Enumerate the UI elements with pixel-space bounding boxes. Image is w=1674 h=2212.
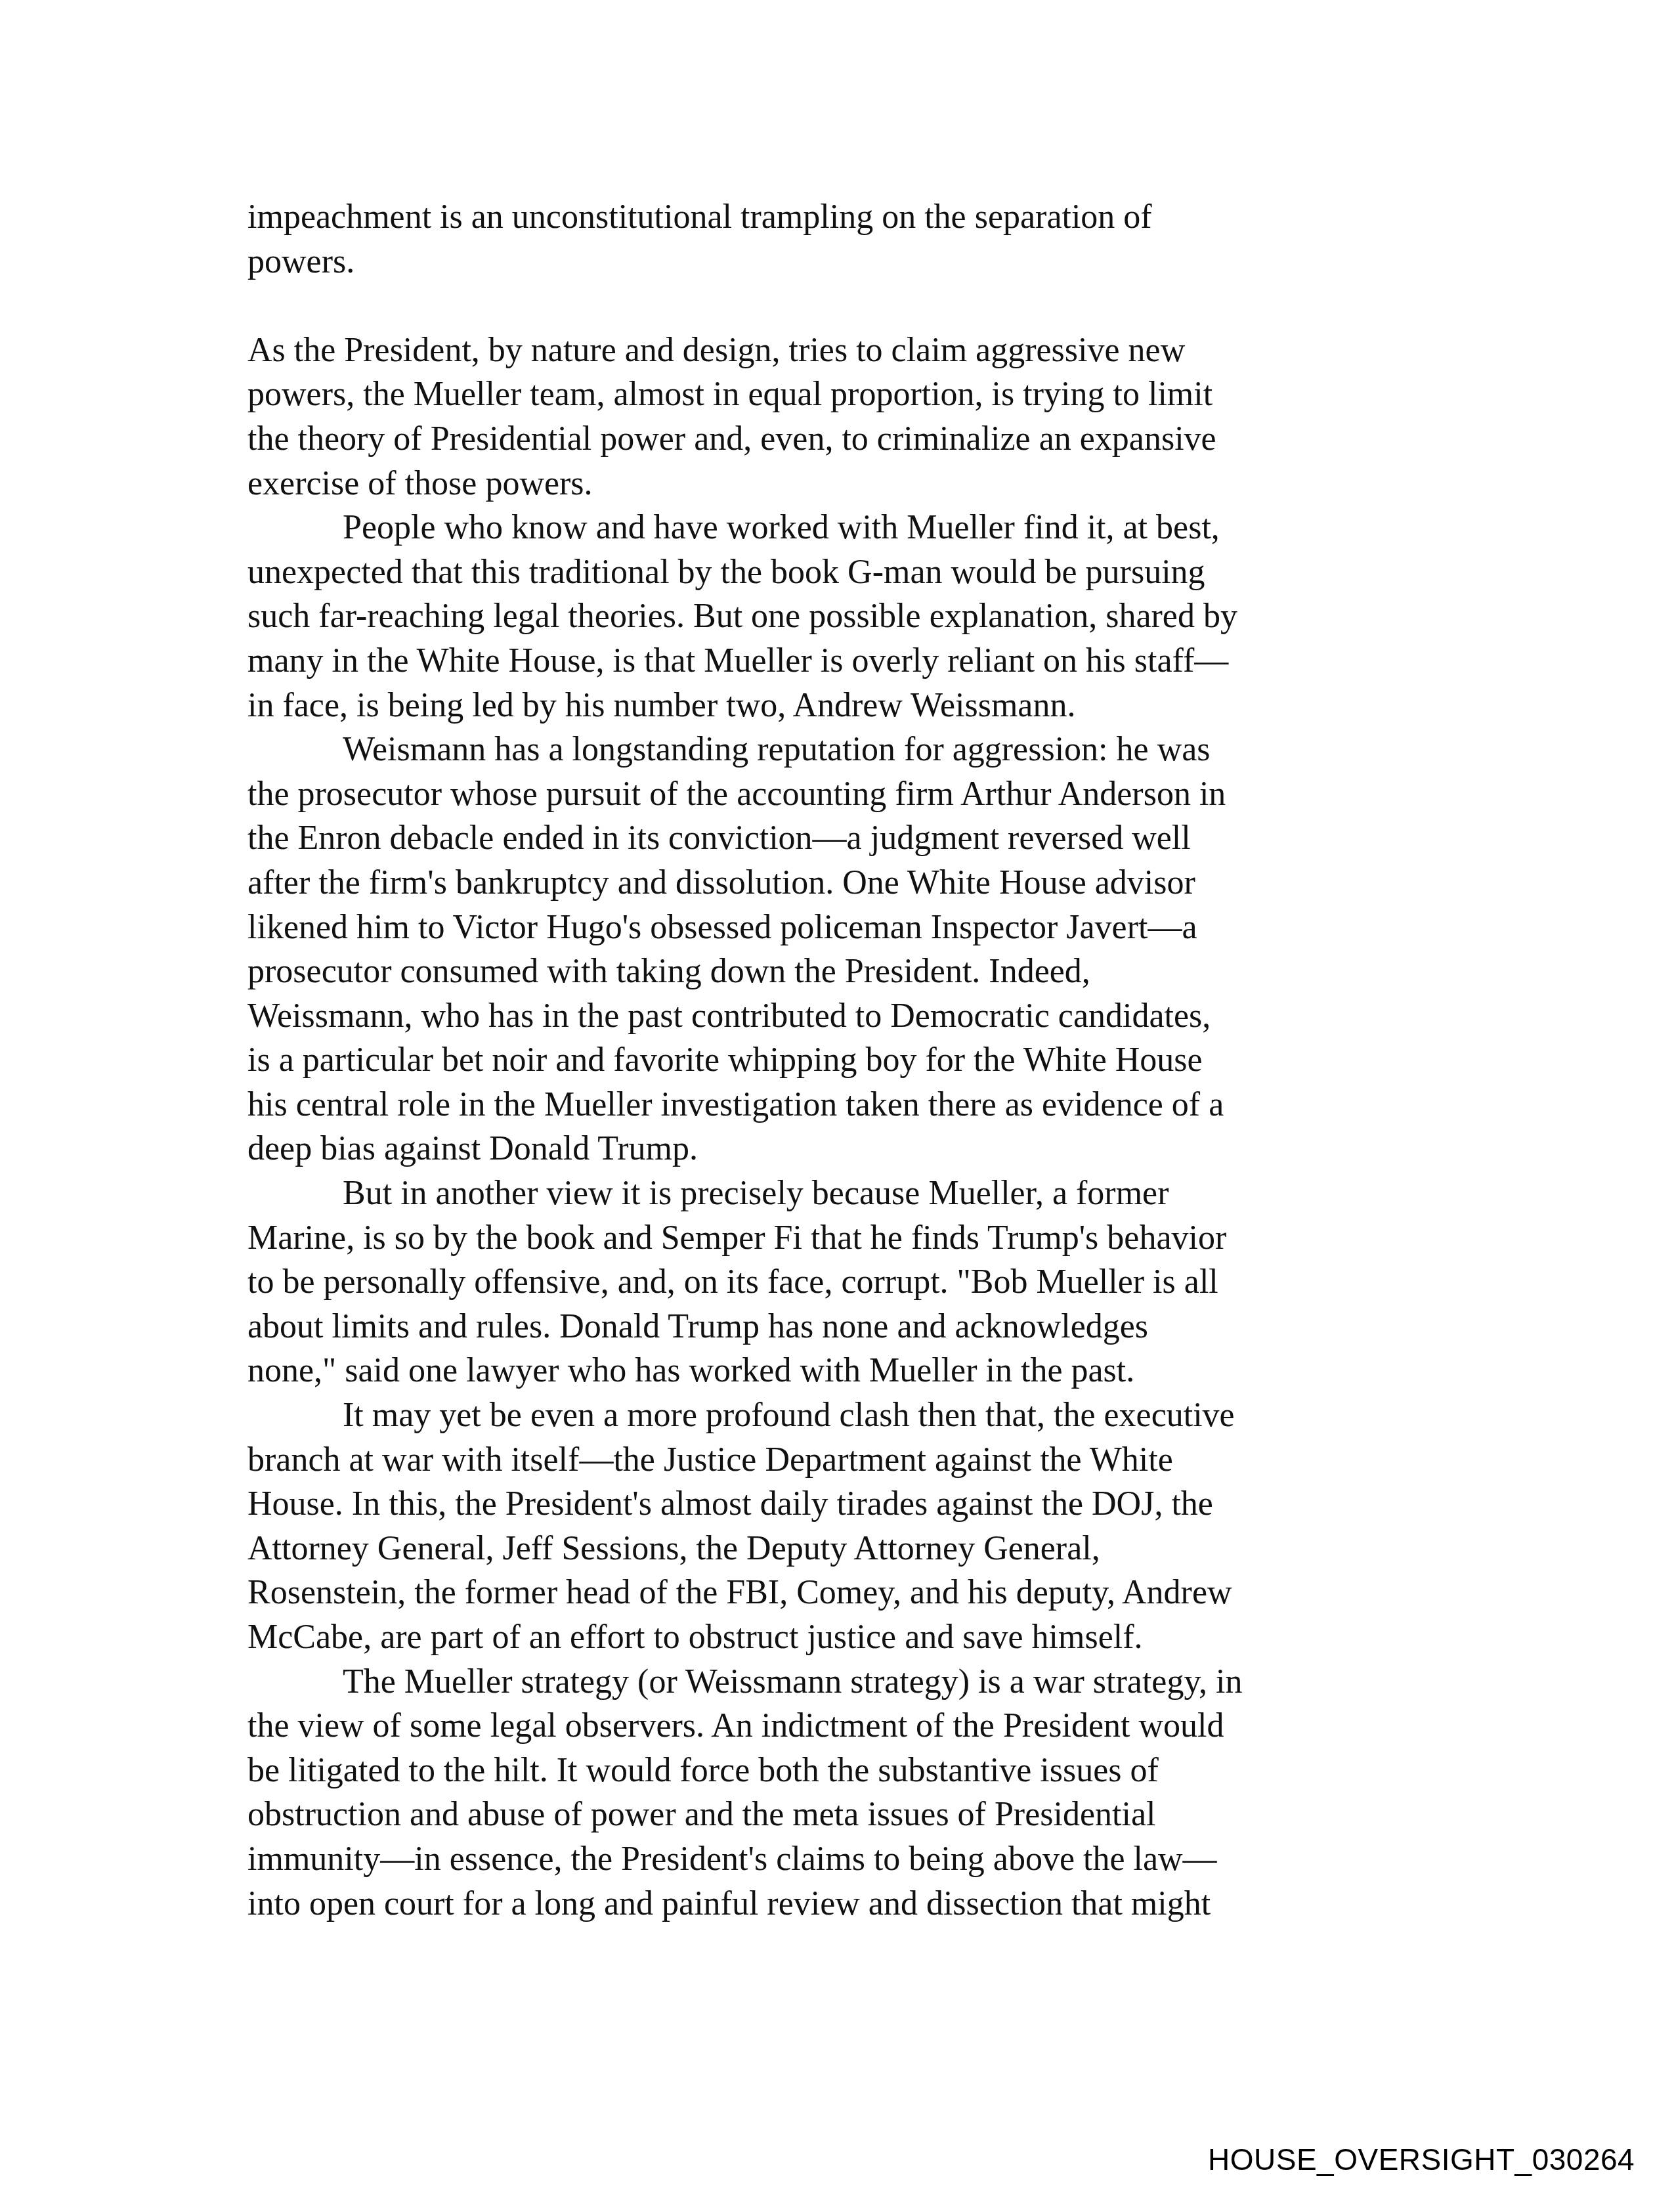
text-line: likened him to Victor Hugo's obsessed po… bbox=[247, 905, 1429, 950]
text-line: in face, is being led by his number two,… bbox=[247, 683, 1429, 728]
text-line: As the President, by nature and design, … bbox=[247, 328, 1429, 373]
paragraph-start-line: But in another view it is precisely beca… bbox=[247, 1171, 1429, 1216]
paragraph-start-line: It may yet be even a more profound clash… bbox=[247, 1393, 1429, 1438]
text-line: be litigated to the hilt. It would force… bbox=[247, 1748, 1429, 1793]
text-line: Marine, is so by the book and Semper Fi … bbox=[247, 1216, 1429, 1261]
text-line: unexpected that this traditional by the … bbox=[247, 550, 1429, 595]
text-line: the Enron debacle ended in its convictio… bbox=[247, 816, 1429, 861]
text-line: is a particular bet noir and favorite wh… bbox=[247, 1038, 1429, 1083]
text-line: the theory of Presidential power and, ev… bbox=[247, 417, 1429, 462]
text-line: powers, the Mueller team, almost in equa… bbox=[247, 372, 1429, 417]
text-line: to be personally offensive, and, on its … bbox=[247, 1260, 1429, 1305]
text-line: many in the White House, is that Mueller… bbox=[247, 639, 1429, 683]
text-line: obstruction and abuse of power and the m… bbox=[247, 1792, 1429, 1837]
text-line: none," said one lawyer who has worked wi… bbox=[247, 1349, 1429, 1393]
text-line: Rosenstein, the former head of the FBI, … bbox=[247, 1571, 1429, 1615]
text-line: immunity—in essence, the President's cla… bbox=[247, 1837, 1429, 1882]
text-line: House. In this, the President's almost d… bbox=[247, 1482, 1429, 1527]
document-page: impeachment is an unconstitutional tramp… bbox=[0, 0, 1674, 2212]
text-line: branch at war with itself—the Justice De… bbox=[247, 1438, 1429, 1483]
text-line: his central role in the Mueller investig… bbox=[247, 1083, 1429, 1127]
blank-line bbox=[247, 284, 1429, 328]
text-line: deep bias against Donald Trump. bbox=[247, 1127, 1429, 1171]
text-line: into open court for a long and painful r… bbox=[247, 1882, 1429, 1926]
text-line: the prosecutor whose pursuit of the acco… bbox=[247, 772, 1429, 817]
text-line: after the firm's bankruptcy and dissolut… bbox=[247, 861, 1429, 905]
text-line: Attorney General, Jeff Sessions, the Dep… bbox=[247, 1527, 1429, 1571]
text-line: McCabe, are part of an effort to obstruc… bbox=[247, 1615, 1429, 1660]
body-text: impeachment is an unconstitutional tramp… bbox=[247, 195, 1429, 1926]
text-line: exercise of those powers. bbox=[247, 462, 1429, 506]
paragraph-start-line: Weismann has a longstanding reputation f… bbox=[247, 727, 1429, 772]
text-line: prosecutor consumed with taking down the… bbox=[247, 949, 1429, 994]
paragraph-start-line: People who know and have worked with Mue… bbox=[247, 506, 1429, 550]
bates-number: HOUSE_OVERSIGHT_030264 bbox=[1208, 2142, 1635, 2177]
text-line: such far-reaching legal theories. But on… bbox=[247, 594, 1429, 639]
text-line: about limits and rules. Donald Trump has… bbox=[247, 1305, 1429, 1349]
text-line: Weissmann, who has in the past contribut… bbox=[247, 994, 1429, 1039]
text-line: powers. bbox=[247, 240, 1429, 284]
text-line: the view of some legal observers. An ind… bbox=[247, 1704, 1429, 1748]
paragraph-start-line: The Mueller strategy (or Weissmann strat… bbox=[247, 1660, 1429, 1704]
text-line: impeachment is an unconstitutional tramp… bbox=[247, 195, 1429, 240]
